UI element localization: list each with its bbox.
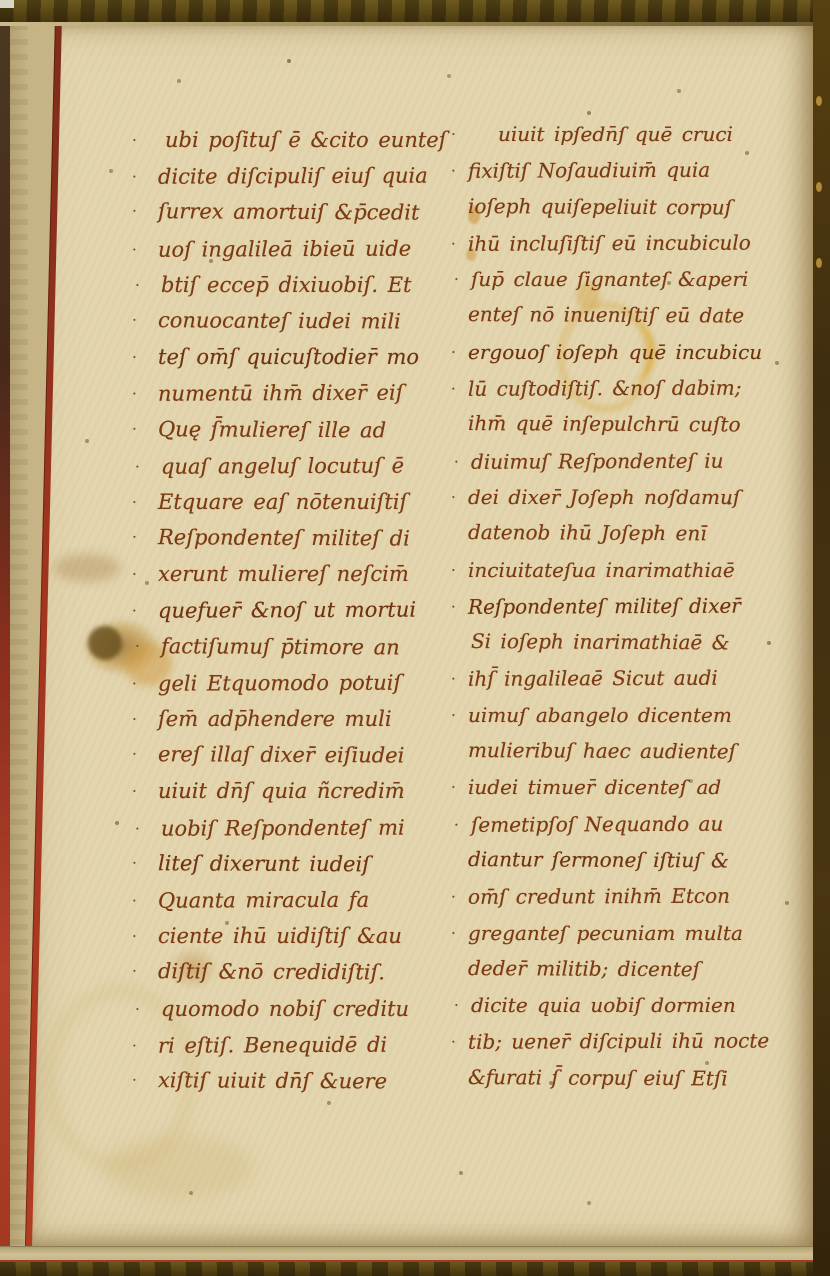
- text-line: tib; uener̄ diſcipuli ihū nocte: [468, 1023, 830, 1061]
- sewing-support: [816, 258, 822, 268]
- text-line: dei dixer̄ Joſeph noſdamuſ: [468, 479, 830, 515]
- text-line: deder̄ militib; dicenteſ: [468, 950, 830, 988]
- text-line: uoſ ingalileā ibieū uide: [158, 230, 474, 268]
- text-line: uobiſ Reſpondenteſ mi: [161, 809, 474, 847]
- text-line: ciente ihū uidiſtiſ &au: [158, 918, 474, 954]
- manuscript-photo: ubi poſituſ ē &cito eunteſdicite diſcipu…: [0, 0, 830, 1276]
- text-line: &furati ſ̄ corpuſ eiuſ Etſi: [468, 1059, 830, 1097]
- corner-notch: [0, 0, 14, 8]
- text-line: inciuitateſua inarimathiaē: [468, 552, 830, 588]
- text-line: ſemetipſoſ Nequando au: [471, 805, 830, 843]
- text-line: quefuer̄ &noſ ut mortui: [158, 592, 474, 630]
- text-line: Si ioſeph inarimathiaē &: [471, 623, 830, 661]
- text-line: xiſtiſ uiuit dn̄ſ &uere: [158, 1062, 474, 1100]
- sewing-support: [816, 96, 822, 106]
- text-line: fixiſtiſ Noſaudiuim̄ quia: [468, 152, 830, 190]
- text-line: enteſ nō inueniſtiſ eū date: [468, 297, 830, 335]
- text-line: quomodo nobiſ creditu: [161, 991, 474, 1027]
- parchment-page: ubi poſituſ ē &cito eunteſdicite diſcipu…: [28, 20, 815, 1248]
- text-line: greganteſ pecuniam multa: [468, 915, 830, 951]
- text-line: dicite diſcipuliſ eiuſ quia: [158, 157, 474, 195]
- binding-edge-right: [813, 0, 830, 1276]
- text-line: ergouoſ ioſeph quē incubicu: [468, 334, 830, 370]
- text-line: Reſpondenteſ militeſ dixer̄: [468, 587, 830, 625]
- text-line: om̄ſ credunt inihm̄ Etcon: [468, 877, 830, 915]
- text-line: uiuit dn̄ſ quia ñcredim̄: [158, 773, 474, 809]
- text-column-right: uiuit ipſedn̄ſ quē crucifixiſtiſ Noſaudi…: [468, 116, 830, 1096]
- stain-large-left: [82, 618, 160, 676]
- text-line: ihm̄ quē inſepulchrū cuſto: [468, 405, 830, 443]
- text-line: ihſ̄ ingalileaē Sicut audi: [468, 660, 830, 698]
- text-line: numentū ihm̄ dixer̄ eiſ: [158, 375, 474, 413]
- text-line: ihū incluſiſtiſ eū incubiculo: [468, 224, 830, 262]
- text-line: geli Etquomodo potuiſ: [158, 664, 474, 702]
- text-line: ſurrex amortuiſ &p̄cedit: [158, 194, 474, 232]
- text-line: datenob ihū Joſeph enī: [468, 514, 830, 552]
- text-line: lū cuſtodiſtiſ. &noſ dabim;: [468, 369, 830, 407]
- text-line: btiſ eccep̄ dixiuobiſ. Et: [161, 267, 474, 303]
- text-line: Etquare eaſ nōtenuiſtiſ: [158, 484, 474, 520]
- text-line: teſ om̄ſ quicuſtodier̄ mo: [158, 339, 474, 375]
- text-line: iudei timuer̄ dicenteſ ad: [468, 769, 830, 805]
- text-line: dicite quia uobiſ dormien: [471, 987, 830, 1023]
- text-line: diſtiſ &nō credidiſtiſ.: [158, 953, 474, 991]
- text-line: uiuit ipſedn̄ſ quē cruci: [468, 116, 830, 152]
- text-line: ubi poſituſ ē &cito eunteſ: [158, 122, 474, 158]
- text-line: factiſumuſ p̄timore an: [161, 628, 474, 666]
- text-line: Quę ſ̄muliereſ ille ad: [158, 411, 474, 449]
- text-line: Quanta miracula fa: [158, 881, 474, 919]
- text-line: ri eſtiſ. Benequidē di: [158, 1026, 474, 1064]
- binding-edge-top: [0, 0, 830, 22]
- text-line: uimuſ abangelo dicentem: [468, 697, 830, 733]
- stain-smudge: [54, 554, 120, 582]
- sewing-support: [816, 182, 822, 192]
- binding-edge-bottom: [0, 1262, 830, 1276]
- binding-edge-left: [0, 0, 10, 1276]
- text-line: ereſ illaſ dixer̄ eiſiudei: [158, 736, 474, 774]
- text-line: mulieribuſ haec audienteſ: [468, 732, 830, 770]
- text-line: conuocanteſ iudei mili: [158, 302, 474, 340]
- text-line: Reſpondenteſ militeſ di: [158, 519, 474, 557]
- text-line: liteſ dixerunt iudeiſ: [158, 845, 474, 883]
- text-column-left: ubi poſituſ ē &cito eunteſdicite diſcipu…: [158, 122, 474, 1099]
- stain-large-left-core: [88, 626, 122, 660]
- stain-bottom: [104, 1136, 254, 1200]
- text-line: ſup̄ claue ſignanteſ &aperi: [471, 261, 830, 297]
- text-line: diuimuſ Reſpondenteſ iu: [471, 442, 830, 480]
- text-line: xerunt muliereſ neſcim̄: [158, 556, 474, 592]
- under-pages-bottom-edge: [0, 1246, 830, 1263]
- text-line: quaſ angeluſ locutuſ ē: [161, 447, 474, 485]
- text-line: ſem̄ adp̄hendere muli: [158, 701, 474, 737]
- text-line: ioſeph quiſepeliuit corpuſ: [468, 188, 830, 226]
- text-line: diantur ſermoneſ iſtiuſ &: [468, 841, 830, 879]
